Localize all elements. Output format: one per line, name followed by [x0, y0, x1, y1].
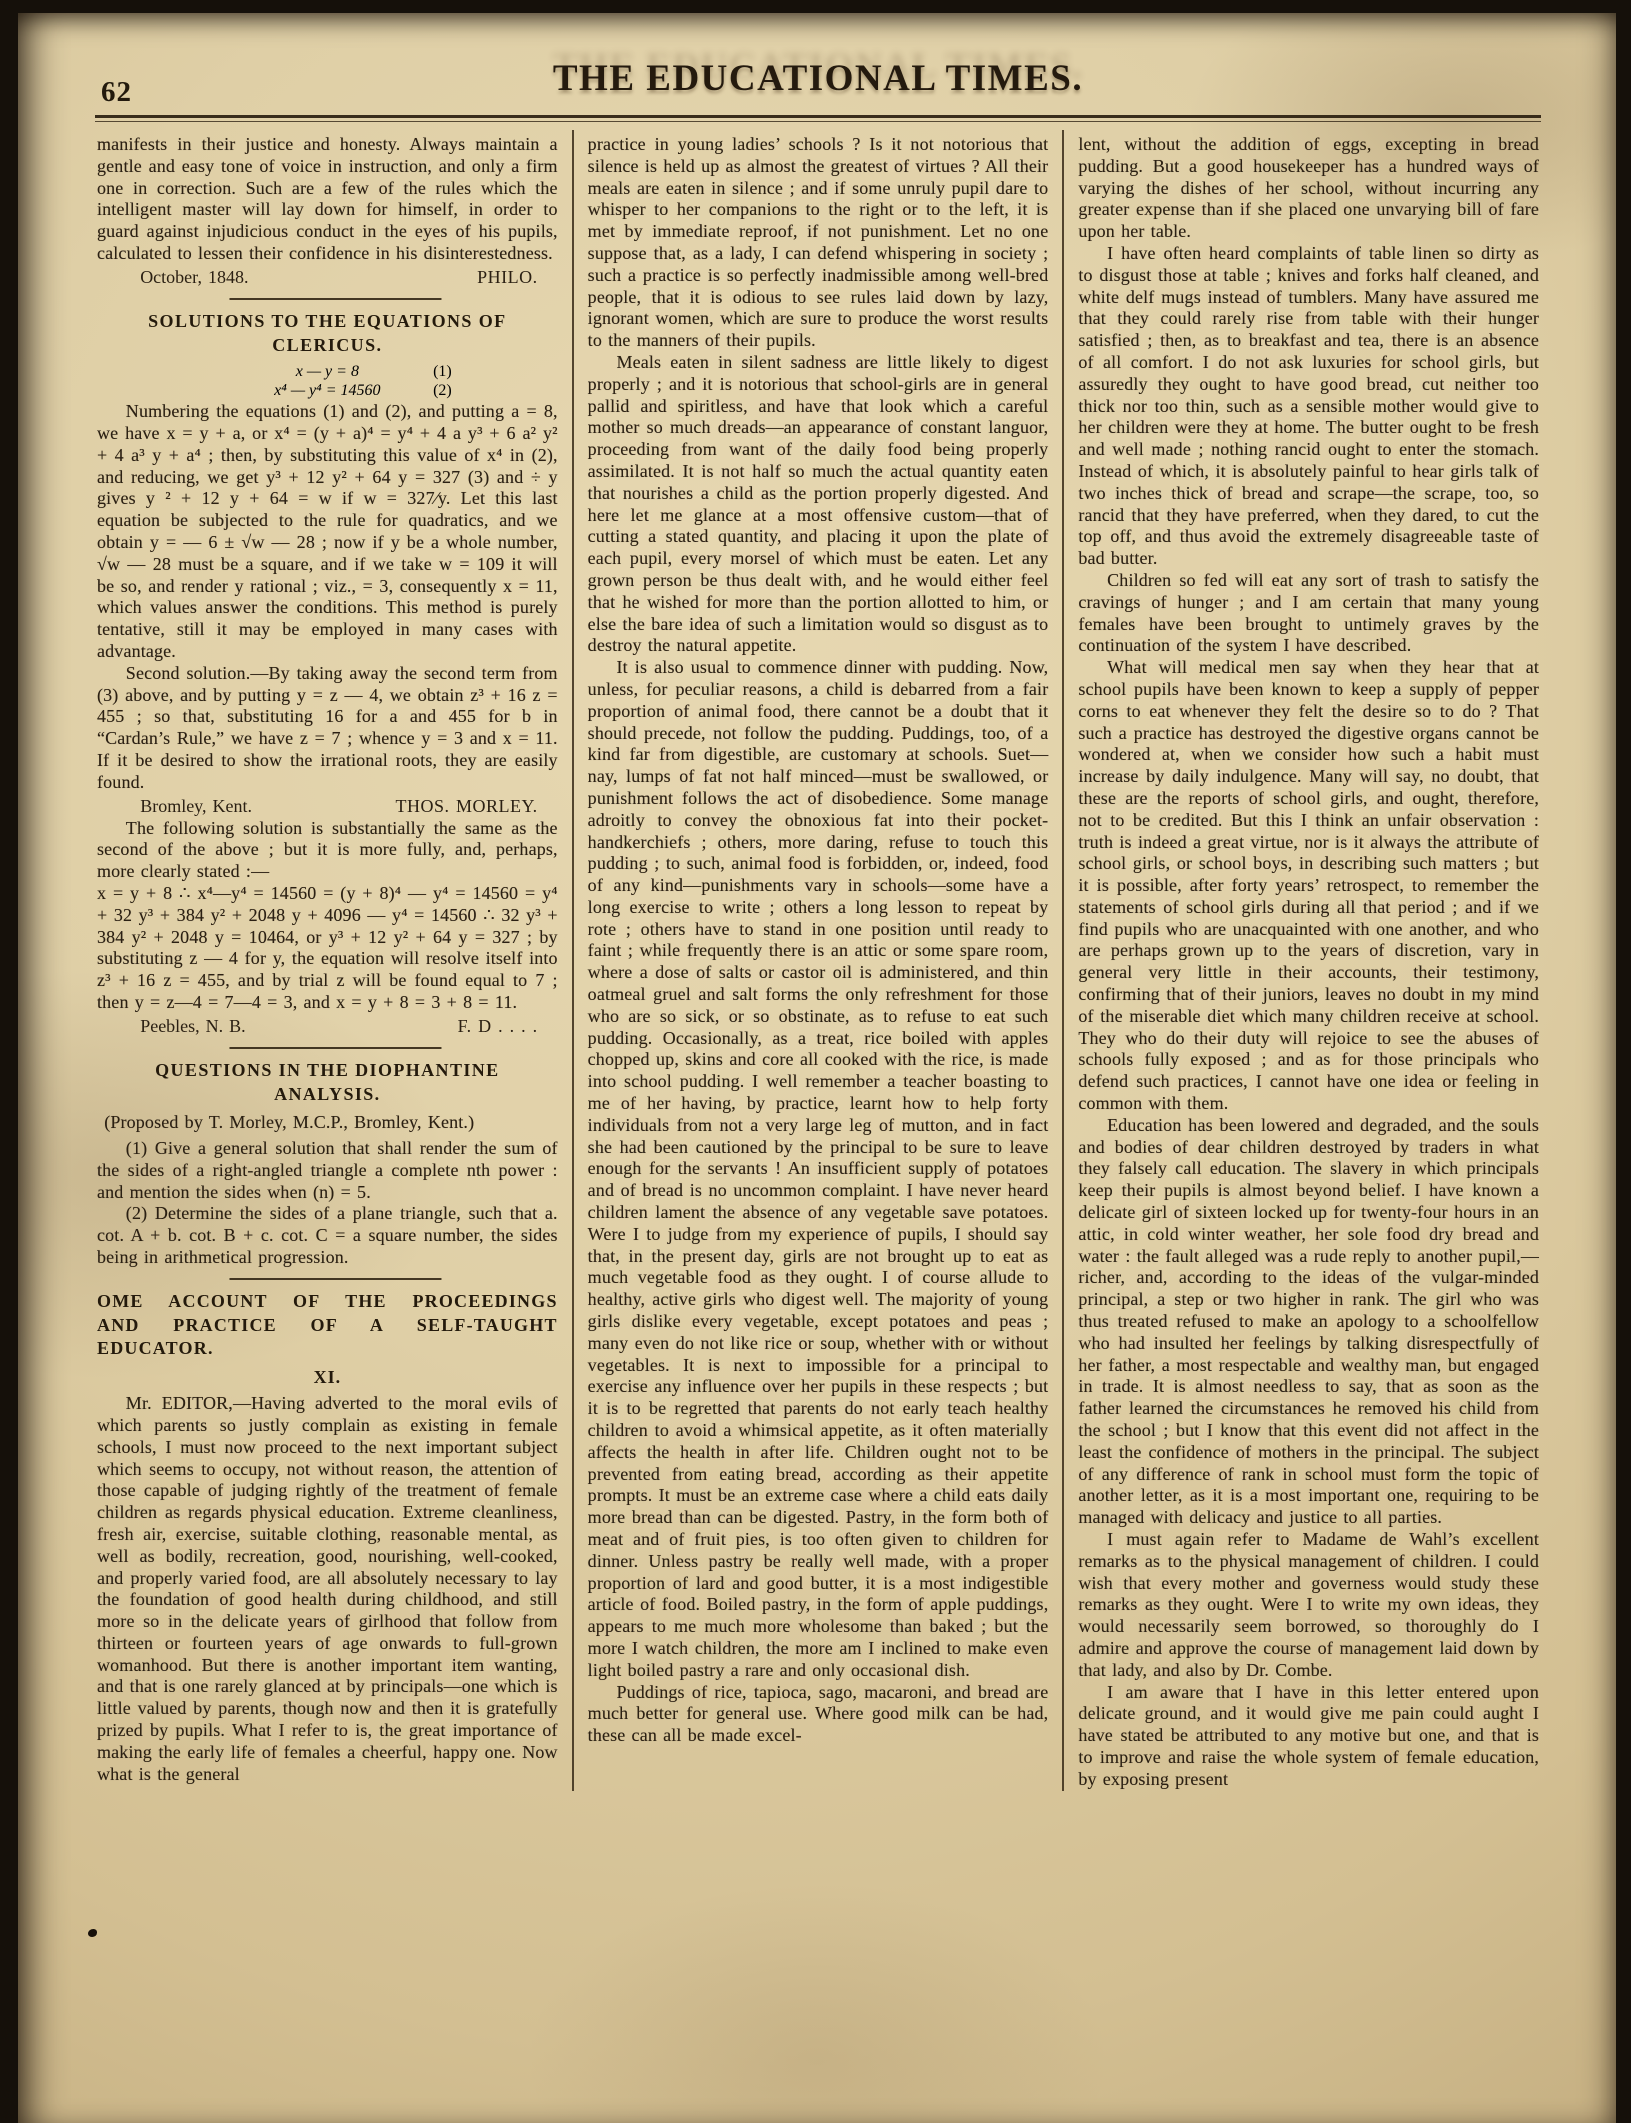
- column-2: practice in young ladies’ schools ? Is i…: [572, 130, 1063, 1791]
- section-rule: [230, 298, 442, 300]
- paragraph-solution-third: The following solution is substantially …: [97, 818, 558, 883]
- ink-blot: [88, 1929, 97, 1937]
- header-rule: [95, 115, 1541, 122]
- signature-place: Bromley, Kent.: [140, 795, 252, 817]
- masthead: THE EDUCATIONAL TIMES.: [95, 47, 1541, 111]
- section-title-line: ANALYSIS.: [97, 1083, 558, 1107]
- scanned-newspaper-page: { "colors": { "paper": "#dfcfa6", "ink":…: [0, 0, 1631, 2123]
- signature-row-morley: Bromley, Kent. THOS. MORLEY.: [97, 794, 558, 818]
- question-2: (2) Determine the sides of a plane trian…: [97, 1203, 558, 1268]
- page-number: 62: [101, 76, 132, 109]
- section-title-line: AND PRACTICE OF A SELF-TAUGHT: [97, 1314, 558, 1338]
- equation-1: x — y = 8 (1): [97, 363, 558, 381]
- letter-signature: PHILO.: [477, 266, 538, 288]
- math-block: x = y + 8 ∴ x⁴—y⁴ = 14560 = (y + 8)⁴ — y…: [97, 883, 558, 1014]
- paragraph: Puddings of rice, tapioca, sago, macaron…: [588, 1682, 1049, 1747]
- section-rule: [230, 1047, 442, 1049]
- paragraph-philo: manifests in their justice and honesty. …: [97, 134, 558, 265]
- section-title-line: OME ACCOUNT OF THE PROCEEDINGS: [97, 1290, 558, 1314]
- columns: manifests in their justice and honesty. …: [95, 130, 1541, 1791]
- signature-name: THOS. MORLEY.: [395, 795, 537, 817]
- letter-date: October, 1848.: [140, 266, 248, 288]
- question-1: (1) Give a general solution that shall r…: [97, 1138, 558, 1203]
- equation-body: x⁴ — y⁴ = 14560: [274, 382, 380, 399]
- equation-body: x — y = 8: [296, 363, 359, 380]
- paragraph-solution-first: Numbering the equations (1) and (2), and…: [97, 401, 558, 663]
- section-title-solutions: SOLUTIONS TO THE EQUATIONS OF CLERICUS.: [97, 310, 558, 358]
- paragraph: Children so fed will eat any sort of tra…: [1078, 570, 1539, 657]
- equation-2: x⁴ — y⁴ = 14560 (2): [97, 382, 558, 400]
- paragraph: lent, without the addition of eggs, exce…: [1078, 134, 1539, 243]
- equation-label: (2): [433, 382, 452, 400]
- section-title-line: CLERICUS.: [97, 334, 558, 358]
- signature-row-fd: Peebles, N. B. F. D . . . .: [97, 1014, 558, 1038]
- proposed-by-line: (Proposed by T. Morley, M.C.P., Bromley,…: [97, 1112, 558, 1134]
- paragraph: Meals eaten in silent sadness are little…: [588, 352, 1049, 657]
- paragraph: It is also usual to commence dinner with…: [588, 657, 1049, 1681]
- chapter-numeral: XI.: [97, 1367, 558, 1388]
- section-title-diophantine: QUESTIONS IN THE DIOPHANTINE ANALYSIS.: [97, 1059, 558, 1107]
- paragraph: Education has been lowered and degraded,…: [1078, 1115, 1539, 1529]
- paragraph: I am aware that I have in this letter en…: [1078, 1682, 1539, 1791]
- section-rule: [230, 1278, 442, 1280]
- section-title-self-taught: OME ACCOUNT OF THE PROCEEDINGS AND PRACT…: [97, 1290, 558, 1361]
- paragraph-editor-letter: Mr. EDITOR,—Having adverted to the moral…: [97, 1393, 558, 1785]
- paper: 62 THE EDUCATIONAL TIMES. manifests in t…: [18, 13, 1616, 2123]
- paragraph: What will medical men say when they hear…: [1078, 657, 1539, 1115]
- page-header: 62 THE EDUCATIONAL TIMES.: [95, 47, 1541, 111]
- paragraph: practice in young ladies’ schools ? Is i…: [588, 134, 1049, 352]
- section-title-line: SOLUTIONS TO THE EQUATIONS OF: [97, 310, 558, 334]
- signature-place: Peebles, N. B.: [140, 1015, 246, 1037]
- signature-row-philo: October, 1848. PHILO.: [97, 265, 558, 289]
- column-1: manifests in their justice and honesty. …: [95, 130, 572, 1791]
- paragraph: I must again refer to Madame de Wahl’s e…: [1078, 1529, 1539, 1682]
- signature-name: F. D . . . .: [458, 1015, 538, 1037]
- column-3: lent, without the addition of eggs, exce…: [1062, 130, 1541, 1791]
- section-title-line: EDUCATOR.: [97, 1337, 558, 1361]
- equation-label: (1): [433, 363, 452, 381]
- paragraph: I have often heard complaints of table l…: [1078, 243, 1539, 570]
- section-title-line: QUESTIONS IN THE DIOPHANTINE: [97, 1059, 558, 1083]
- paragraph-solution-second: Second solution.—By taking away the seco…: [97, 663, 558, 794]
